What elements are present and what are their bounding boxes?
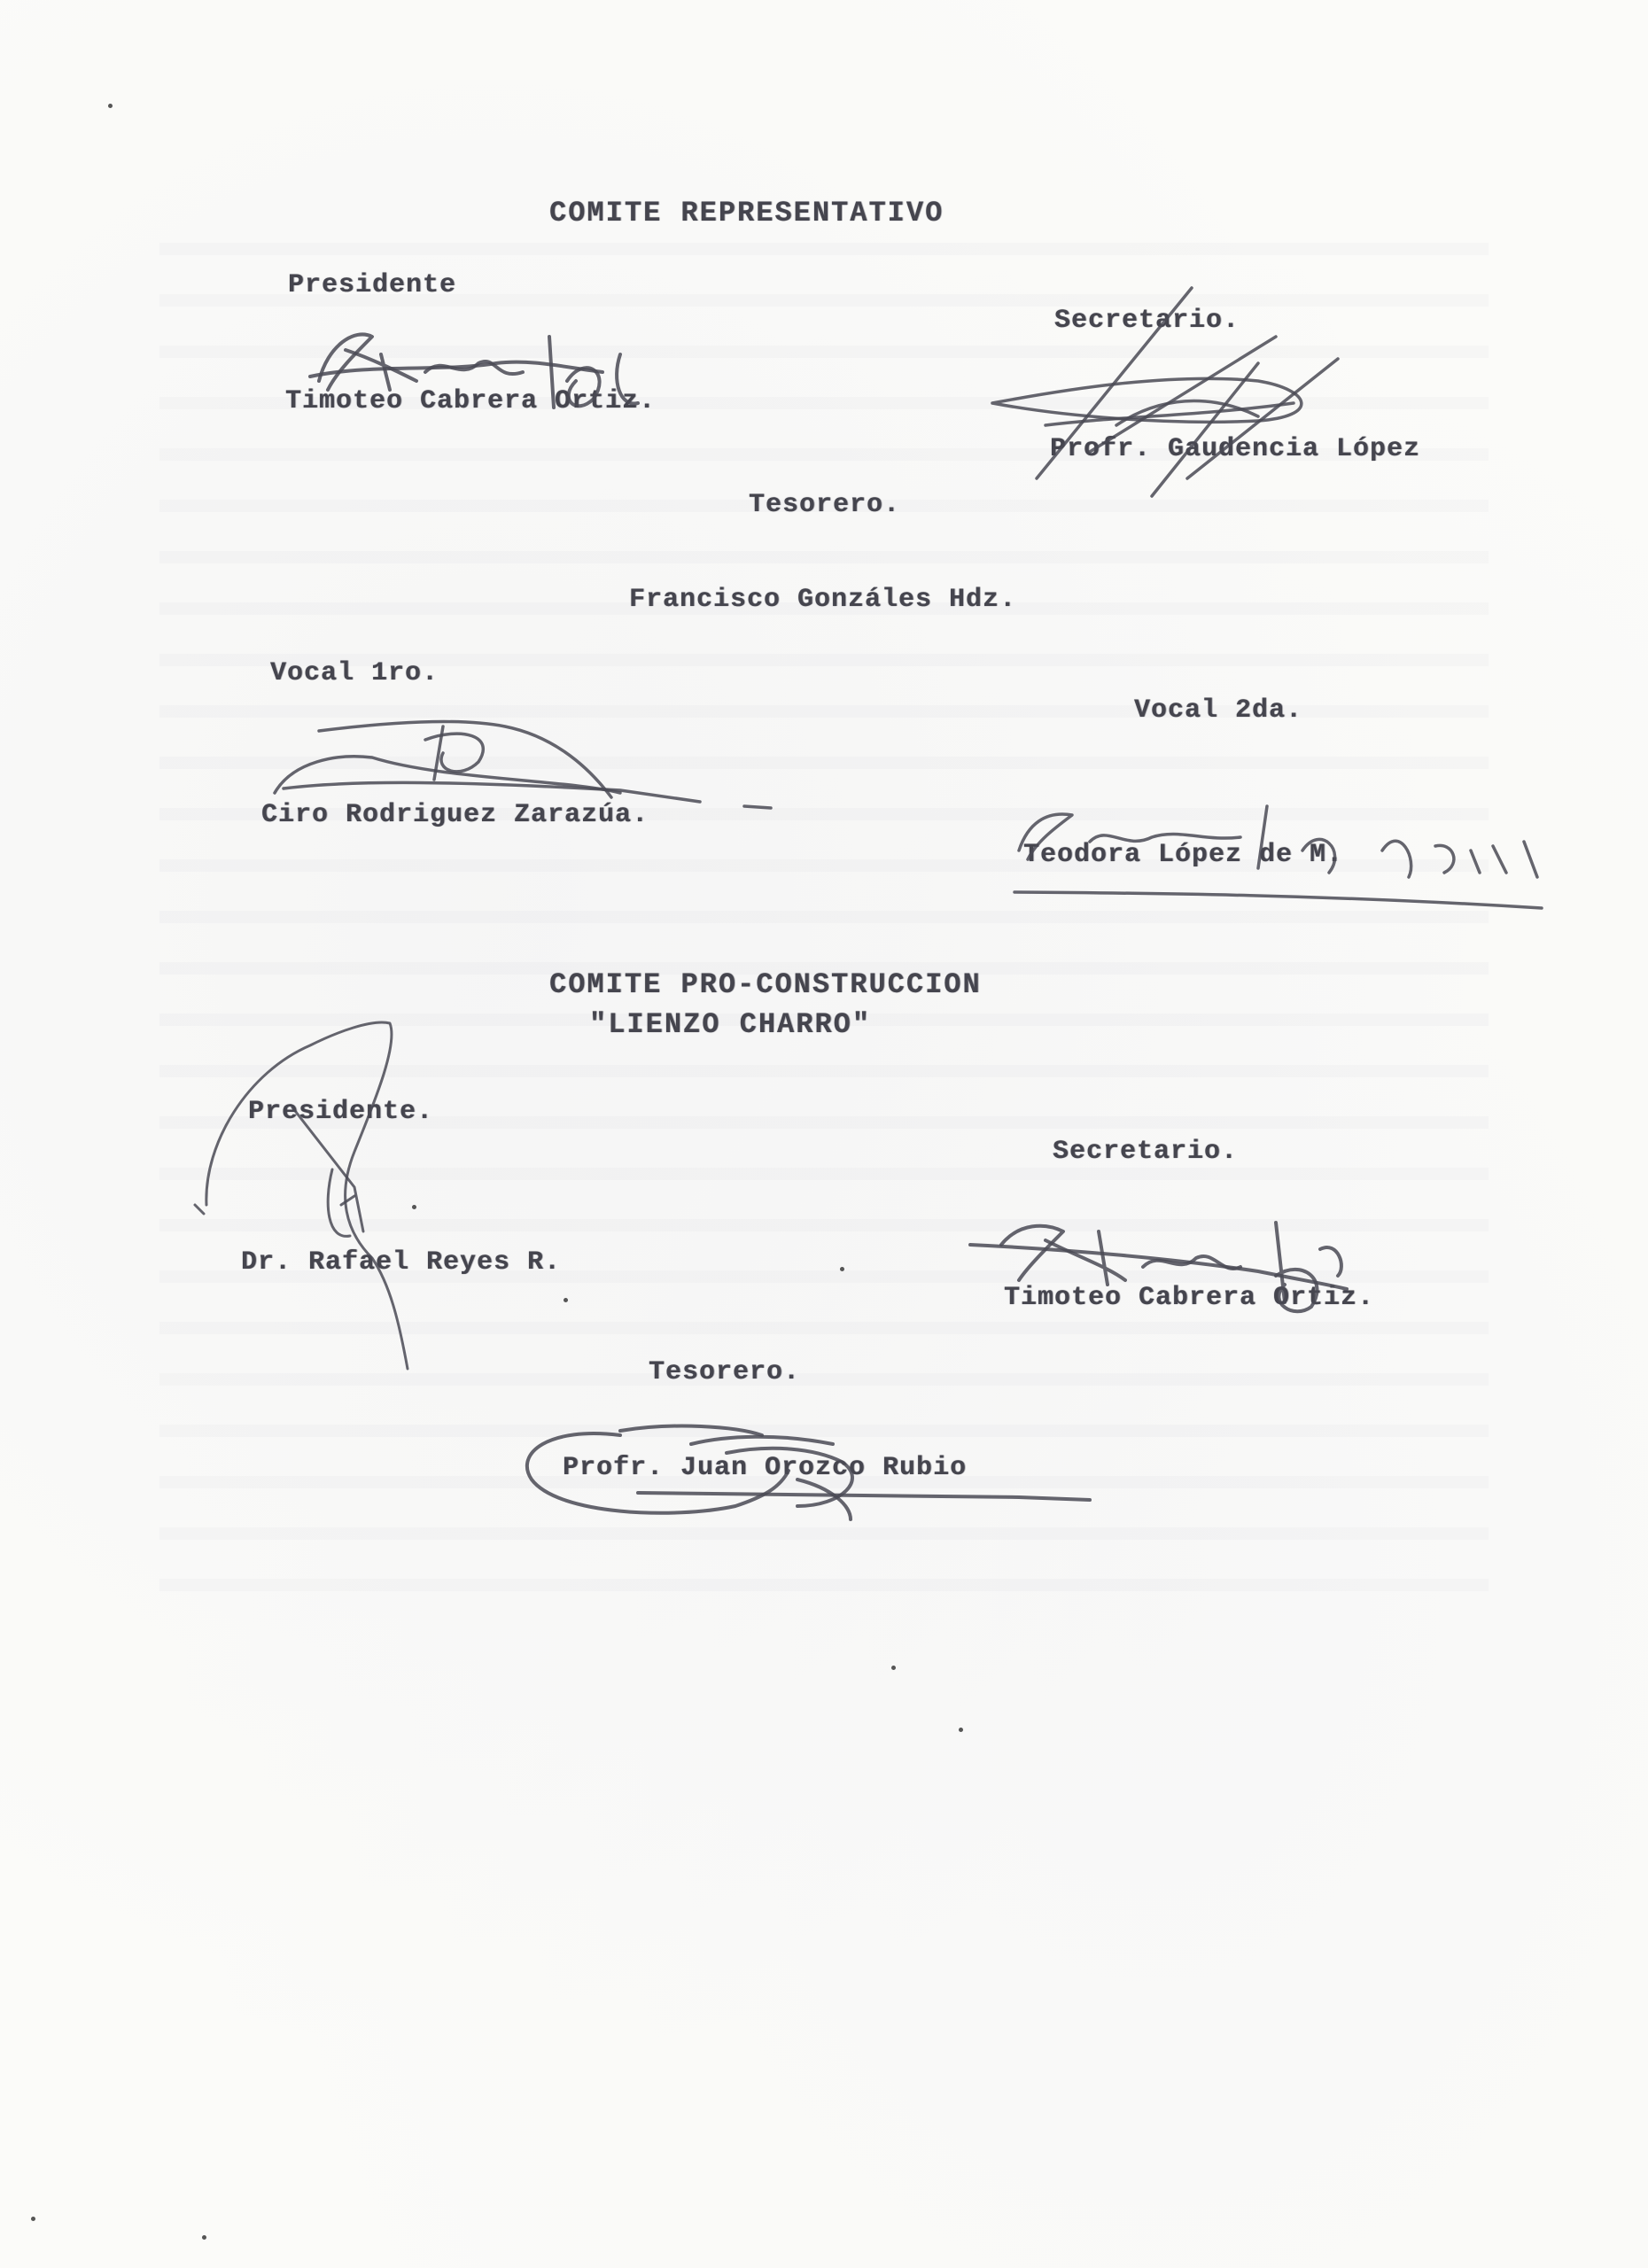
role-label-vocal-2: Vocal 2da. xyxy=(1134,695,1302,726)
scan-speck xyxy=(840,1267,844,1271)
role-label-secretary: Secretario. xyxy=(1054,306,1240,336)
member-name-treasurer: Francisco Gonzáles Hdz. xyxy=(629,585,1016,615)
member-name-vocal-2: Teodora López de M. xyxy=(1023,840,1343,870)
role-label-treasurer: Tesorero. xyxy=(649,1357,800,1387)
member-name-president: Dr. Rafael Reyes R. xyxy=(241,1247,561,1278)
document-page: COMITE REPRESENTATIVO Presidente Timoteo… xyxy=(0,0,1648,2268)
role-label-vocal-1: Vocal 1ro. xyxy=(270,658,439,688)
committee-title: COMITE PRO-CONSTRUCCION xyxy=(549,968,982,1001)
role-label-president: Presidente xyxy=(288,270,456,300)
role-label-treasurer: Tesorero. xyxy=(749,490,900,520)
committee-subtitle: "LIENZO CHARRO" xyxy=(589,1008,871,1041)
signatures-layer xyxy=(0,0,1648,2268)
scan-speck xyxy=(959,1728,963,1732)
member-name-president: Timoteo Cabrera Ortiz. xyxy=(285,386,656,416)
scan-speck xyxy=(108,104,113,108)
role-label-secretary: Secretario. xyxy=(1053,1137,1238,1167)
member-name-treasurer: Profr. Juan Orozco Rubio xyxy=(563,1453,967,1483)
scan-speck xyxy=(31,2217,35,2221)
signature-ciro-rodriguez xyxy=(275,722,771,808)
member-name-secretary: Profr. Gaudencia López xyxy=(1050,434,1420,464)
scan-speck xyxy=(564,1298,568,1302)
role-label-president: Presidente. xyxy=(248,1097,433,1127)
committee-title: COMITE REPRESENTATIVO xyxy=(549,197,944,229)
signature-rafael-reyes xyxy=(195,1022,408,1369)
scan-speck xyxy=(412,1205,416,1209)
scan-speck xyxy=(891,1666,896,1670)
member-name-secretary: Timoteo Cabrera Ortiz. xyxy=(1004,1283,1374,1313)
member-name-vocal-1: Ciro Rodriguez Zarazúa. xyxy=(261,800,649,830)
bleed-through-text xyxy=(159,204,1489,1621)
scan-speck xyxy=(202,2235,206,2240)
